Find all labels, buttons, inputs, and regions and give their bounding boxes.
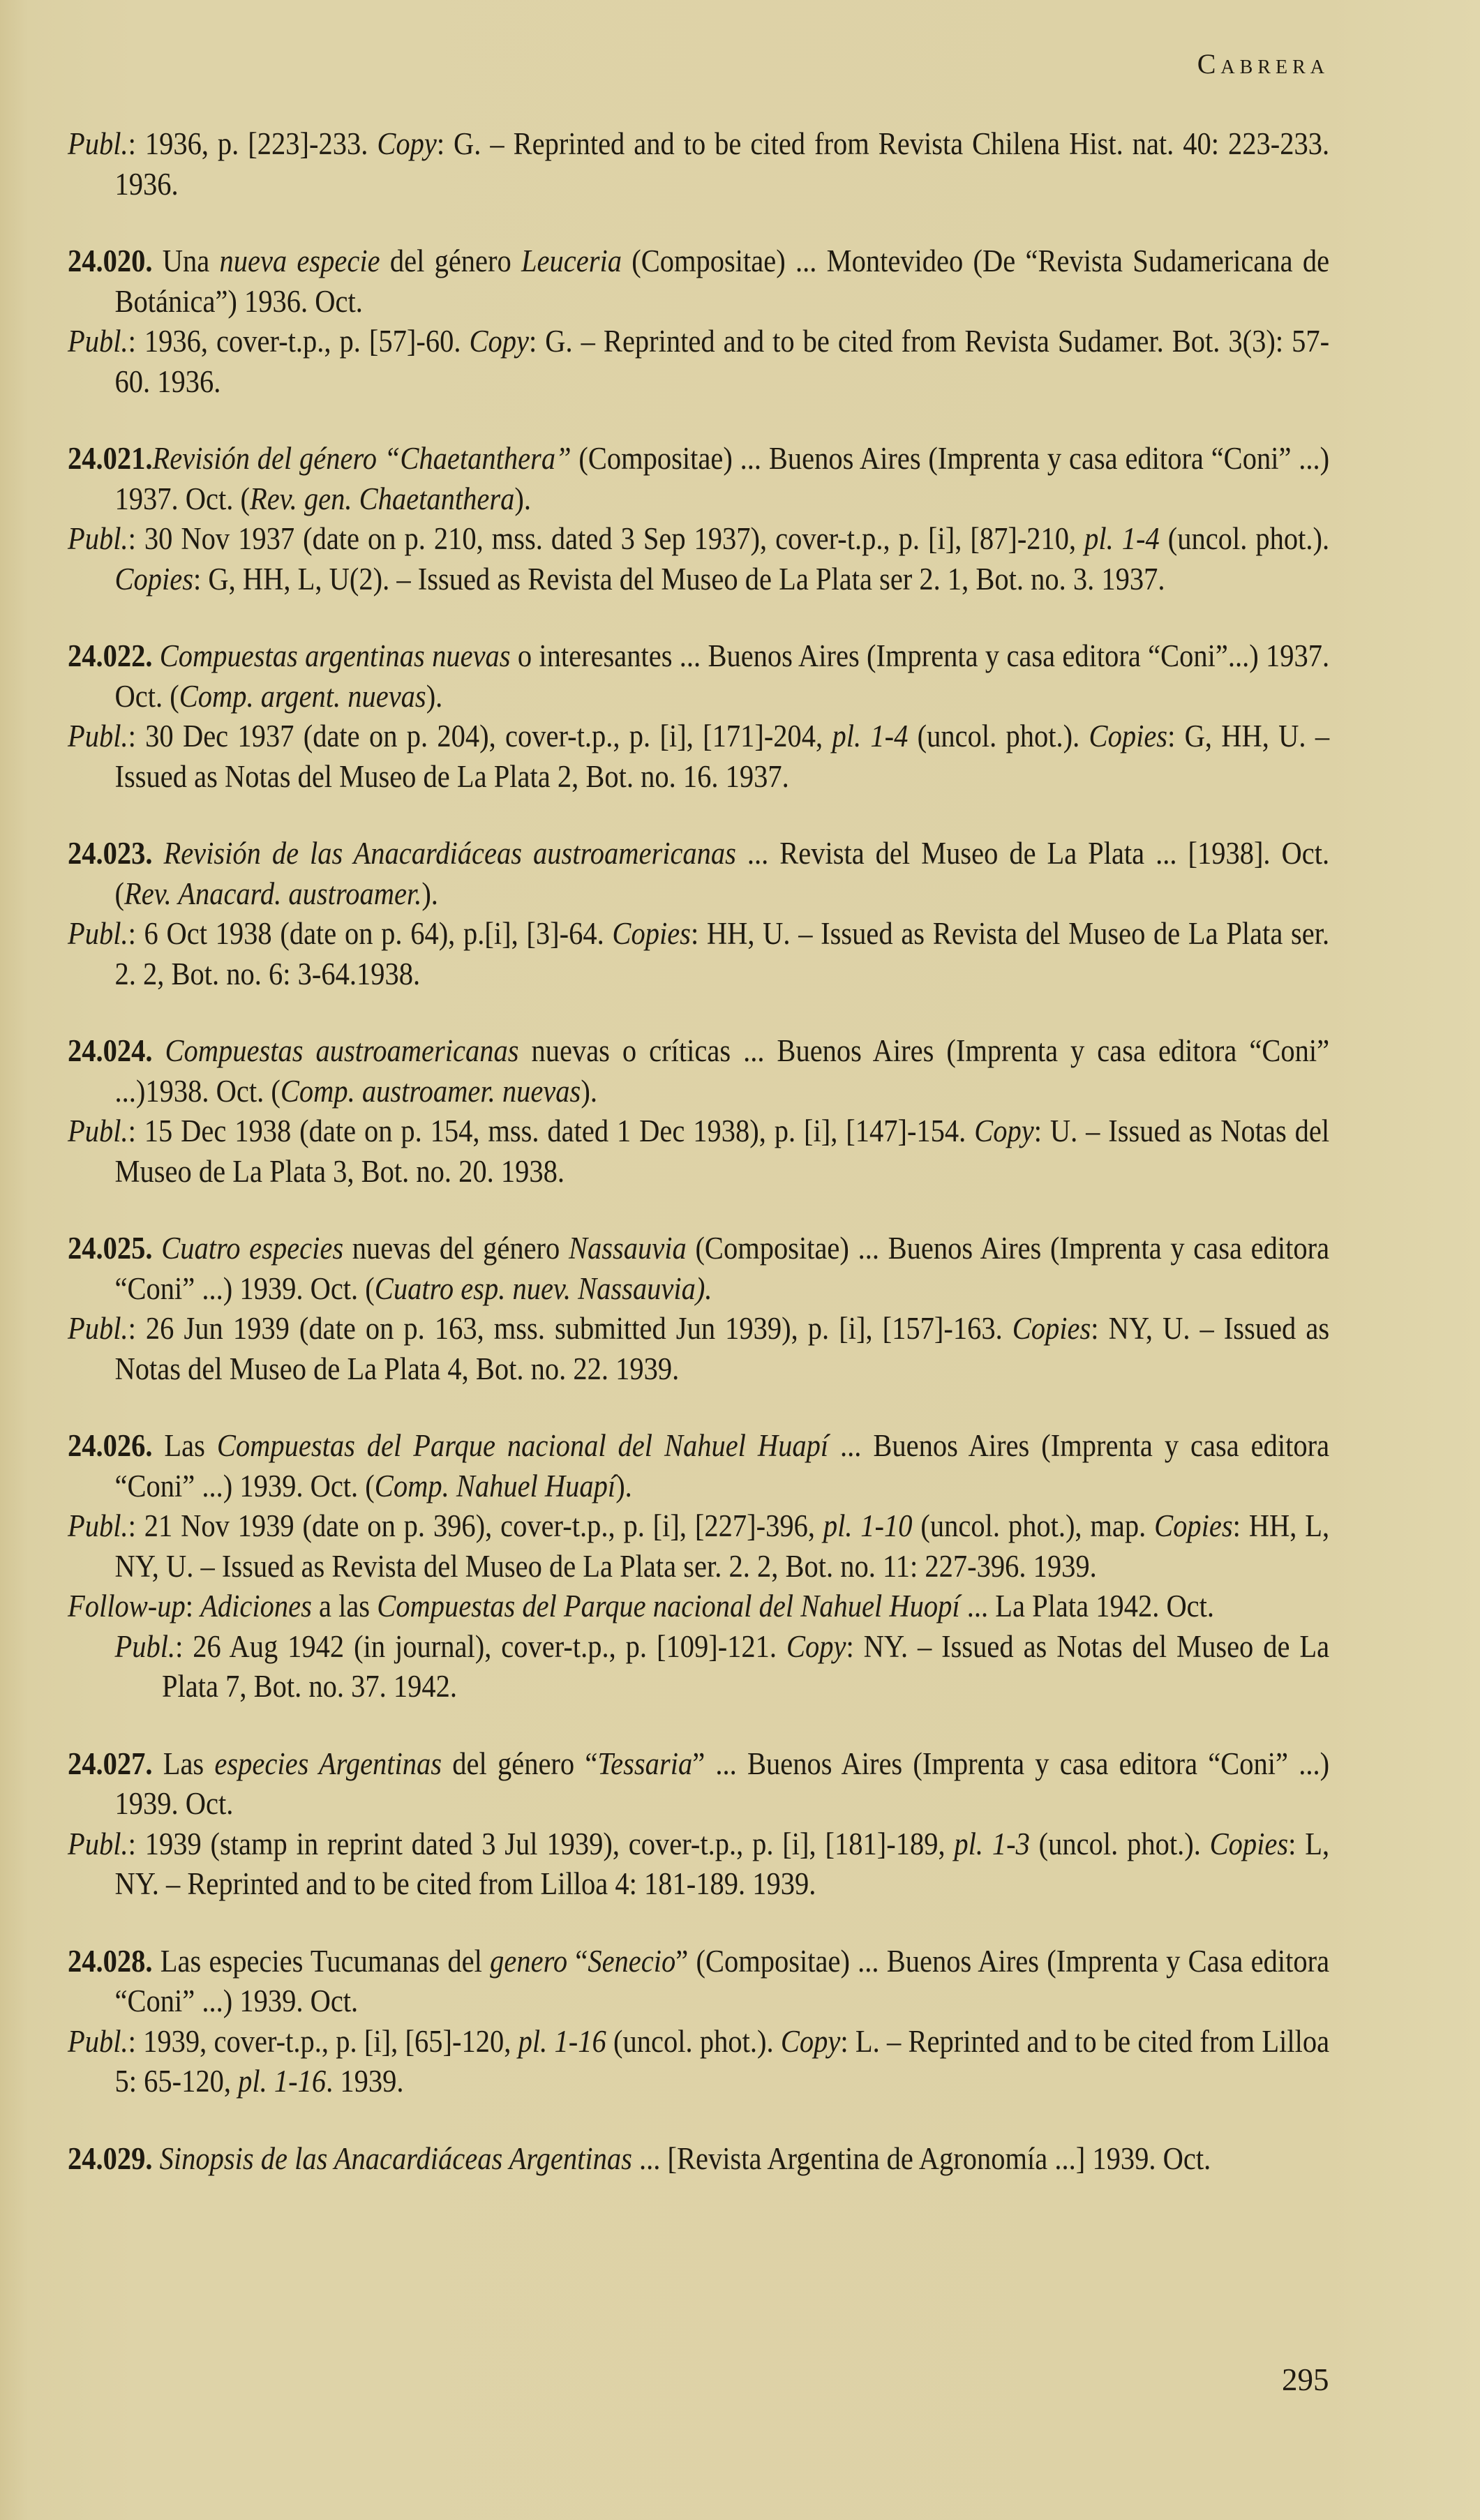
entry-number: 24.027. [68,1746,153,1781]
text-run: Publ. [68,2024,128,2059]
text-run: Publ. [68,916,128,951]
text-run: ... La Plata 1942. Oct. [960,1589,1214,1623]
text-run: : 1939 (stamp in reprint dated 3 Jul 193… [128,1827,955,1861]
text-run: “ [567,1944,588,1979]
text-run [153,1231,162,1266]
text-run: Rev. Anacard. austroamer. [124,876,421,911]
text-run: Leuceria [521,243,622,278]
text-run: Publ. [68,1113,128,1148]
text-run: Comp. austroamer. nuevas [281,1074,581,1109]
text-run: pl. 1-16 [518,2024,606,2059]
text-run: pl. 1-3 [954,1827,1029,1861]
text-run: Publ. [68,126,128,161]
bibliography-entry: 24.021.Revisión del género “Chaetanthera… [68,439,1329,599]
text-run: Publ. [68,1311,128,1346]
entry-publ-line: Publ.: 1939 (stamp in reprint dated 3 Ju… [68,1824,1329,1905]
text-run: Compuestas argentinas nuevas [160,638,511,673]
entry-number: 24.020. [68,243,153,278]
bibliography-entry: 24.029. Sinopsis de las Anacardiáceas Ar… [68,2139,1329,2180]
text-run [153,2141,160,2176]
text-run: : 30 Dec 1937 (date on p. 204), cover-t.… [128,719,832,753]
text-run: Compuestas austroamericanas [165,1033,518,1068]
text-run: Copies [612,916,691,951]
text-run: (uncol. phot.). [1030,1827,1210,1861]
entry-title-line: 24.028. Las especies Tucumanas del gener… [68,1942,1329,2022]
text-run: (uncol. phot.). [908,719,1089,753]
entry-number: 24.029. [68,2141,153,2176]
text-run: Nassauvia [569,1231,687,1266]
text-run: Compuestas del Parque nacional del Nahue… [217,1428,828,1463]
text-run: ). [581,1074,597,1109]
text-run: pl. 1-10 [823,1508,913,1543]
entry-title-line: 24.023. Revisión de las Anacardiáceas au… [68,834,1329,914]
entry-title-line: 24.027. Las especies Argentinas del géne… [68,1744,1329,1824]
text-run: ). [514,481,531,516]
bibliography-entry: Publ.: 1936, p. [223]-233. Copy: G. – Re… [68,124,1329,204]
text-run: pl. 1-4 [1084,521,1160,556]
text-run: Publ. [68,324,128,359]
entry-number: 24.028. [68,1944,153,1979]
bibliography-entry: 24.027. Las especies Argentinas del géne… [68,1744,1329,1905]
text-run [153,1033,165,1068]
entry-publ-line: Publ.: 26 Jun 1939 (date on p. 163, mss.… [68,1309,1329,1389]
text-run: Publ. [68,1508,128,1543]
bibliography-entry: 24.023. Revisión de las Anacardiáceas au… [68,834,1329,994]
text-run: : 26 Aug 1942 (in journal), cover-t.p., … [175,1629,786,1664]
text-run: Copies [115,562,194,597]
text-run: del género “ [442,1746,597,1781]
text-run: Tessaria [597,1746,692,1781]
text-run: a las [312,1589,377,1623]
text-run: : 30 Nov 1937 (date on p. 210, mss. date… [128,521,1085,556]
text-run [153,836,164,871]
entry-publ-line: Publ.: 1939, cover-t.p., p. [i], [65]-12… [68,2022,1329,2102]
text-run: Rev. gen. Chaetanthera [250,481,514,516]
text-run: Revisión de las Anacardiáceas austroamer… [163,836,735,871]
entry-title-line: 24.021.Revisión del género “Chaetanthera… [68,439,1329,519]
text-run: Copy [786,1629,846,1664]
text-run: Copy [781,2024,841,2059]
bibliography-entry: 24.022. Compuestas argentinas nuevas o i… [68,636,1329,797]
entry-title-line: 24.024. Compuestas austroamericanas nuev… [68,1031,1329,1111]
text-run: Sinopsis de las Anacardiáceas Argentinas [160,2141,632,2176]
text-run: Comp. Nahuel Huapí [375,1469,615,1503]
text-run: Copy [974,1113,1034,1148]
text-run: : [186,1589,200,1623]
text-run: Compuestas del Parque nacional del Nahue… [377,1589,959,1623]
text-run: Publ. [68,1827,128,1861]
text-run: Cuatro especies [161,1231,343,1266]
text-run: nuevas del género [343,1231,569,1266]
text-run: Copies [1012,1311,1091,1346]
text-run: : 21 Nov 1939 (date on p. 396), cover-t.… [128,1508,823,1543]
text-run: : 6 Oct 1938 (date on p. 64), p.[i], [3]… [128,916,613,951]
entry-publ-line: Publ.: 30 Nov 1937 (date on p. 210, mss.… [68,519,1329,599]
entry-followup-line: Follow-up: Adiciones a las Compuestas de… [68,1587,1329,1627]
entry-publ-line: Publ.: 30 Dec 1937 (date on p. 204), cov… [68,717,1329,797]
text-run: : 1936, cover-t.p., p. [57]-60. [128,324,470,359]
entry-publ-line: Publ.: 6 Oct 1938 (date on p. 64), p.[i]… [68,914,1329,994]
page-number: 295 [1282,2362,1329,2398]
entry-number: 24.023. [68,836,153,871]
text-run: : 26 Jun 1939 (date on p. 163, mss. subm… [128,1311,1012,1346]
text-run: Copies [1210,1827,1289,1861]
entry-number: 24.022. [68,638,153,673]
bibliography-text-block: Publ.: 1936, p. [223]-233. Copy: G. – Re… [68,124,1329,2216]
text-run: Cuatro esp. nuev. Nassauvia). [375,1271,712,1306]
text-run: ). [421,876,438,911]
entry-publ-line: Publ.: 1936, cover-t.p., p. [57]-60. Cop… [68,322,1329,402]
text-run: del género [380,243,521,278]
entry-followup-publ-line: Publ.: 26 Aug 1942 (in journal), cover-t… [68,1627,1329,1707]
text-run: (uncol. phot.). [1160,521,1329,556]
entry-publ-line: Publ.: 1936, p. [223]-233. Copy: G. – Re… [68,124,1329,204]
text-run [153,638,160,673]
bibliography-entry: 24.024. Compuestas austroamericanas nuev… [68,1031,1329,1192]
bibliography-entry: 24.028. Las especies Tucumanas del gener… [68,1942,1329,2102]
entry-title-line: 24.029. Sinopsis de las Anacardiáceas Ar… [68,2139,1329,2180]
entry-title-line: 24.022. Compuestas argentinas nuevas o i… [68,636,1329,717]
text-run: (uncol. phot.), map. [913,1508,1155,1543]
text-run: Las [153,1428,217,1463]
text-run: Una [153,243,220,278]
text-run: Copies [1154,1508,1233,1543]
entry-number: 24.024. [68,1033,153,1068]
text-run: genero [490,1944,567,1979]
text-run: Publ. [68,521,128,556]
text-run: especies Argentinas [214,1746,442,1781]
text-run: : G, HH, L, U(2). – Issued as Revista de… [193,562,1165,597]
text-run: Senecio [588,1944,675,1979]
text-run: . 1939. [326,2064,403,2099]
entry-publ-line: Publ.: 21 Nov 1939 (date on p. 396), cov… [68,1506,1329,1587]
text-run: Publ. [115,1629,176,1664]
entry-number: 24.021. [68,441,153,476]
text-run: : 1936, p. [223]-233. [128,126,378,161]
entry-publ-line: Publ.: 15 Dec 1938 (date on p. 154, mss.… [68,1111,1329,1192]
text-run: : 15 Dec 1938 (date on p. 154, mss. date… [128,1113,975,1148]
text-run: Las [153,1746,215,1781]
text-run: ). [615,1469,632,1503]
text-run: Revisión del género “Chaetanthera” [153,441,571,476]
text-run: Las especies Tucumanas del [153,1944,491,1979]
text-run: Comp. argent. nuevas [179,679,426,714]
entry-title-line: 24.025. Cuatro especies nuevas del géner… [68,1229,1329,1309]
text-run: pl. 1-4 [832,719,908,753]
text-run: (uncol. phot.). [606,2024,781,2059]
text-run: ... [Revista Argentina de Agronomía ...]… [632,2141,1211,2176]
text-run: Copy [470,324,530,359]
text-run: Adiciones [200,1589,312,1623]
text-run: Copies [1089,719,1168,753]
running-head: Cabrera [1197,47,1329,80]
text-run: Publ. [68,719,128,753]
entry-number: 24.026. [68,1428,153,1463]
text-run: Follow-up [68,1589,186,1623]
text-run: pl. 1-16 [238,2064,326,2099]
text-run: nueva especie [219,243,380,278]
text-run: ). [426,679,443,714]
bibliography-entry: 24.020. Una nueva especie del género Leu… [68,241,1329,402]
text-run: : 1939, cover-t.p., p. [i], [65]-120, [128,2024,518,2059]
text-run: Copy [377,126,437,161]
entry-title-line: 24.020. Una nueva especie del género Leu… [68,241,1329,322]
entry-number: 24.025. [68,1231,153,1266]
entry-title-line: 24.026. Las Compuestas del Parque nacion… [68,1426,1329,1506]
bibliography-entry: 24.026. Las Compuestas del Parque nacion… [68,1426,1329,1707]
bibliography-entry: 24.025. Cuatro especies nuevas del géner… [68,1229,1329,1389]
